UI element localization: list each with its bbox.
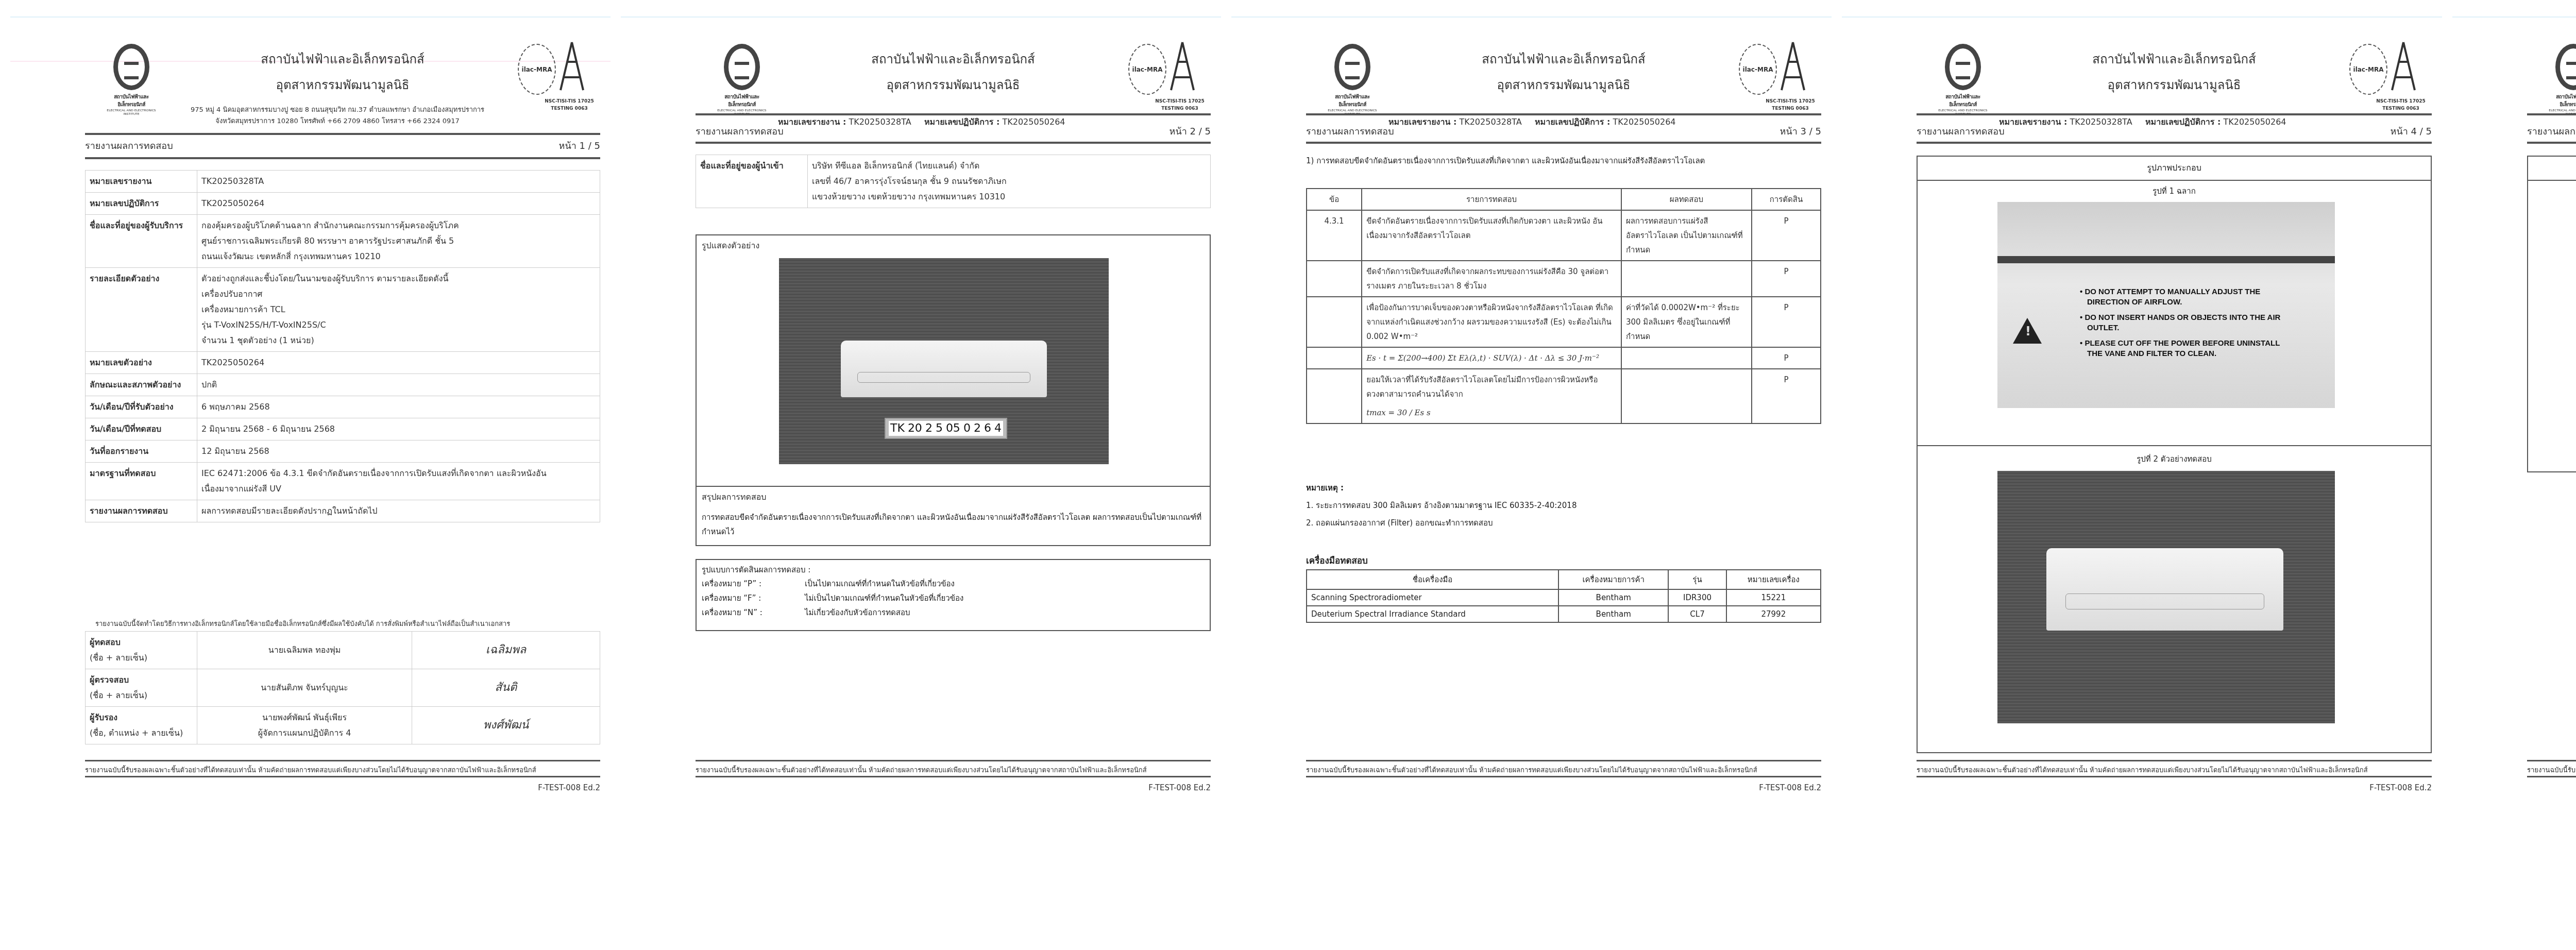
page-number: หน้า 2 / 5 <box>1170 124 1211 139</box>
signatory-name: นายเฉลิมพล ทองพุ่ม <box>201 642 408 658</box>
test-results-table: ข้อรายการทดสอบผลทดสอบการตัดสิน 4.3.1ขีดจ… <box>1306 188 1821 424</box>
report-page-3: สถาบันไฟฟ้าและอิเล็กทรอนิกส์ ELECTRICAL … <box>1221 0 1832 950</box>
signatory-name: นายสันติภพ จันทร์บุญนะ <box>201 680 408 695</box>
page-number: หน้า 3 / 5 <box>1780 124 1821 139</box>
page-header: สถาบันไฟฟ้าและอิเล็กทรอนิกส์ ELECTRICAL … <box>85 44 600 131</box>
signatory-row: ผู้รับรอง(ชื่อ, ตำแหน่ง + ลายเซ็น)นายพงศ… <box>86 707 600 744</box>
report-title-bar: รายงานผลการทดสอบ หน้า 5 / 5 <box>2527 124 2576 139</box>
importer-table: ชื่อและที่อยู่ของผู้นำเข้า บริษัท ทีซีแอ… <box>696 155 1211 208</box>
footer-disclaimer: รายงานฉบับนี้รับรองผลเฉพาะชิ้นตัวอย่างที… <box>1306 765 1821 775</box>
info-row: หมายเลขปฏิบัติการTK2025050264 <box>86 193 600 215</box>
summary-box: สรุปผลการทดสอบ การทดสอบขีดจำกัดอันตรายเน… <box>696 487 1211 546</box>
verdict-legend-item: เครื่องหมาย “F” :ไม่เป็นไปตามเกณฑ์ที่กำห… <box>702 591 1205 605</box>
ilac-mra-logo-icon: ilac-MRA <box>1739 44 1777 95</box>
info-row: วันที่ออกรายงาน12 มิถุนายน 2568 <box>86 440 600 463</box>
report-page-2: สถาบันไฟฟ้าและอิเล็กทรอนิกส์ ELECTRICAL … <box>611 0 1221 950</box>
report-title: รายงานผลการทดสอบ <box>1306 126 1394 137</box>
footer-disclaimer: รายงานฉบับนี้รับรองผลเฉพาะชิ้นตัวอย่างที… <box>2527 765 2576 775</box>
form-code: F-TEST-008 Ed.2 <box>538 783 600 792</box>
info-row: รายละเอียดตัวอย่างตัวอย่างถูกส่งและชี้บ่… <box>86 268 600 352</box>
signatory-position: ผู้จัดการแผนกปฏิบัติการ 4 <box>201 725 408 741</box>
info-row: ชื่อและที่อยู่ของผู้รับบริการกองคุ้มครอง… <box>86 215 600 268</box>
info-row: หมายเลขรายงานTK20250328TA <box>86 171 600 193</box>
signatory-name: นายพงศ์พัฒน์ พันธุ์เพียร <box>201 710 408 725</box>
tool-row: Deuterium Spectral Irradiance StandardBe… <box>1307 606 1821 622</box>
info-row: ลักษณะและสภาพตัวอย่างปกติ <box>86 374 600 396</box>
report-page-1: สถาบันไฟฟ้าและอิเล็กทรอนิกส์ ELECTRICAL … <box>0 0 611 950</box>
sample-photo: TK2025050264 <box>779 258 1109 464</box>
report-page-4: สถาบันไฟฟ้าและอิเล็กทรอนิกส์ ELECTRICAL … <box>1832 0 2442 950</box>
verdict-cell: P <box>1752 297 1821 347</box>
figures-box: รูปภาพประกอบ รูปที่ 3 ตัวอย่างทดสอบ <box>2527 156 2576 472</box>
report-info-table: หมายเลขรายงานTK20250328TAหมายเลขปฏิบัติก… <box>85 170 600 522</box>
org-name: สถาบันไฟฟ้าและอิเล็กทรอนิกส์ <box>2527 49 2576 69</box>
accreditation-text: NSC-TISI-TIS 17025 TESTING 0063 <box>2370 98 2432 112</box>
info-row: มาตรฐานที่ทดสอบIEC 62471:2006 ข้อ 4.3.1 … <box>86 463 600 500</box>
nac-tower-logo-icon <box>1777 41 1808 93</box>
form-code: F-TEST-008 Ed.2 <box>1148 783 1211 792</box>
signatories-table: ผู้ทดสอบ(ชื่อ + ลายเซ็น)นายเฉลิมพล ทองพุ… <box>85 631 600 744</box>
tmax-equation: tmax = 30 / Es s <box>1366 405 1617 420</box>
signatory-row: ผู้ตรวจสอบ(ชื่อ + ลายเซ็น)นายสันติภพ จัน… <box>86 669 600 707</box>
report-title-bar: รายงานผลการทดสอบ หน้า 3 / 5 <box>1306 124 1821 139</box>
verdict-legend-item: เครื่องหมาย “N” :ไม่เกี่ยวข้องกับหัวข้อก… <box>702 605 1205 620</box>
verdict-cell: P <box>1752 261 1821 297</box>
nac-tower-logo-icon <box>556 41 587 93</box>
signature: พงศ์พัฒน์ <box>483 719 529 732</box>
sample-photo-box: รูปแสดงตัวอย่าง TK2025050264 <box>696 234 1211 487</box>
report-page-5: สถาบันไฟฟ้าและอิเล็กทรอนิกส์ ELECTRICAL … <box>2442 0 2576 950</box>
info-row: วัน/เดือน/ปีที่รับตัวอย่าง6 พฤษภาคม 2568 <box>86 396 600 418</box>
page-number: หน้า 4 / 5 <box>2391 124 2432 139</box>
ilac-mra-logo-icon: ilac-MRA <box>518 44 556 95</box>
result-row: ยอมให้เวลาที่ได้รับรังสีอัลตราไวโอเลตโดย… <box>1307 369 1821 423</box>
form-code: F-TEST-008 Ed.2 <box>2369 783 2432 792</box>
org-foundation: อุตสาหกรรมพัฒนามูลนิธิ <box>2527 75 2576 95</box>
accreditation-text: NSC-TISI-TIS 17025 TESTING 0063 <box>1149 98 1211 112</box>
notes: หมายเหตุ : 1. ระยะการทดสอบ 300 มิลลิเมตร… <box>1306 479 1577 532</box>
nac-tower-logo-icon <box>2388 41 2419 93</box>
info-row: หมายเลขตัวอย่างTK2025050264 <box>86 352 600 374</box>
ilac-mra-logo-icon: ilac-MRA <box>1128 44 1166 95</box>
accreditation-text: NSC-TISI-TIS 17025 TESTING 0063 <box>1759 98 1821 112</box>
label-photo: • DO NOT ATTEMPT TO MANUALLY ADJUST THE … <box>1997 202 2335 408</box>
info-row: รายงานผลการทดสอบผลการทดสอบมีรายละเอียดดั… <box>86 500 600 522</box>
org-address: 975 หมู่ 4 นิคมอุตสาหกรรมบางปู ซอย 8 ถนน… <box>173 105 502 127</box>
page-header: สถาบันไฟฟ้าและอิเล็กทรอนิกส์ ELECTRICAL … <box>696 44 1211 131</box>
form-code: F-TEST-008 Ed.2 <box>1759 783 1821 792</box>
signature: เฉลิมพล <box>486 643 526 656</box>
result-row: ขีดจำกัดการเปิดรับแสงที่เกิดจากผลกระทบขอ… <box>1307 261 1821 297</box>
verdict-cell: P <box>1752 210 1821 261</box>
result-row: Es · t = Σ(200→400) Σt Eλ(λ,t) · SUV(λ) … <box>1307 347 1821 369</box>
report-title: รายงานผลการทดสอบ <box>696 126 784 137</box>
info-row: วัน/เดือน/ปีที่ทดสอบ2 มิถุนายน 2568 - 6 … <box>86 418 600 440</box>
footer-disclaimer: รายงานฉบับนี้รับรองผลเฉพาะชิ้นตัวอย่างที… <box>1917 765 2432 775</box>
nac-tower-logo-icon <box>1167 41 1198 93</box>
result-row: 4.3.1ขีดจำกัดอันตรายเนื่องจากการเปิดรับแ… <box>1307 210 1821 261</box>
page-number: หน้า 1 / 5 <box>559 138 600 153</box>
sample-id-tag: TK2025050264 <box>885 418 1007 439</box>
figures-box: รูปภาพประกอบ รูปที่ 1 ฉลาก • DO NOT ATTE… <box>1917 156 2432 753</box>
air-conditioner-image <box>841 341 1047 397</box>
test-tools-table: ชื่อเครื่องมือเครื่องหมายการค้ารุ่นหมายเ… <box>1306 569 1821 623</box>
accreditation-text: NSC-TISI-TIS 17025 TESTING 0063 <box>538 98 600 112</box>
page-header: สถาบันไฟฟ้าและอิเล็กทรอนิกส์ ELECTRICAL … <box>1306 44 1821 131</box>
verdict-legend: รูปแบบการตัดสินผลการทดสอบ : เครื่องหมาย … <box>696 559 1211 631</box>
report-title: รายงานผลการทดสอบ <box>2527 126 2576 137</box>
tools-title: เครื่องมือทดสอบ <box>1306 554 1368 568</box>
report-title-bar: รายงานผลการทดสอบ หน้า 2 / 5 <box>696 124 1211 139</box>
air-conditioner-image <box>2046 548 2283 631</box>
end-of-report: - สิ้นสุดรายงานผลการทดสอบ - <box>2527 478 2576 490</box>
report-title: รายงานผลการทดสอบ <box>85 141 173 151</box>
esign-note: รายงานฉบับนี้จัดทำโดยวิธีการทางอิเล็กทรอ… <box>95 618 600 629</box>
footer-disclaimer: รายงานฉบับนี้รับรองผลเฉพาะชิ้นตัวอย่างที… <box>696 765 1211 775</box>
verdict-cell: P <box>1752 369 1821 423</box>
sample-photo-2 <box>1997 471 2335 723</box>
ilac-mra-logo-icon: ilac-MRA <box>2349 44 2387 95</box>
footer-disclaimer: รายงานฉบับนี้รับรองผลเฉพาะชิ้นตัวอย่างที… <box>85 765 600 775</box>
report-title-bar: รายงานผลการทดสอบ หน้า 1 / 5 <box>85 138 600 153</box>
result-row: เพื่อป้องกันการบาดเจ็บของดวงตาหรือผิวหนั… <box>1307 297 1821 347</box>
page-header: สถาบันไฟฟ้าและอิเล็กทรอนิกส์ ELECTRICAL … <box>1917 44 2432 131</box>
section-title: 1) การทดสอบขีดจำกัดอันตรายเนื่องจากการเป… <box>1306 155 1705 167</box>
page-header: สถาบันไฟฟ้าและอิเล็กทรอนิกส์ ELECTRICAL … <box>2527 44 2576 131</box>
tool-row: Scanning SpectroradiometerBenthamIDR3001… <box>1307 589 1821 606</box>
verdict-cell: P <box>1752 347 1821 369</box>
warning-triangle-icon <box>2013 318 2042 344</box>
verdict-legend-item: เครื่องหมาย “P” :เป็นไปตามเกณฑ์ที่กำหนดใ… <box>702 576 1205 591</box>
signatory-row: ผู้ทดสอบ(ชื่อ + ลายเซ็น)นายเฉลิมพล ทองพุ… <box>86 632 600 669</box>
label-warnings: • DO NOT ATTEMPT TO MANUALLY ADJUST THE … <box>2080 287 2296 364</box>
report-title-bar: รายงานผลการทดสอบ หน้า 4 / 5 <box>1917 124 2432 139</box>
signature: สันติ <box>495 681 517 694</box>
report-title: รายงานผลการทดสอบ <box>1917 126 2005 137</box>
